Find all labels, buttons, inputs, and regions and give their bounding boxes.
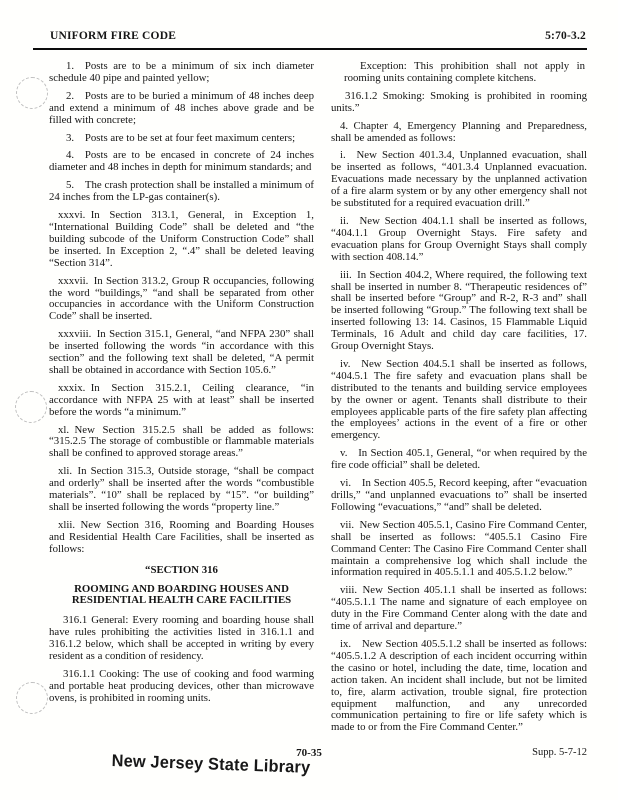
paragraph: viii. New Section 405.1.1 shall be inser… <box>331 585 587 633</box>
paragraph: “SECTION 316 <box>49 565 314 577</box>
footer-supplement: Supp. 5-7-12 <box>532 747 587 758</box>
paragraph: 316.1.2 Smoking: Smoking is prohibited i… <box>331 91 587 115</box>
paragraph: xxxviii. In Section 315.1, General, “and… <box>49 329 314 377</box>
paragraph: ROOMING AND BOARDING HOUSES AND RESIDENT… <box>49 584 314 608</box>
paragraph: 4. Chapter 4, Emergency Planning and Pre… <box>331 121 587 145</box>
hole-punch-middle <box>15 391 47 423</box>
paragraph: xlii. New Section 316, Rooming and Board… <box>49 520 314 556</box>
paragraph: 316.1 General: Every rooming and boardin… <box>49 615 314 663</box>
header-rule <box>33 48 587 50</box>
paragraph: Exception: This prohibition shall not ap… <box>344 61 585 85</box>
column-left: 1. Posts are to be a minimum of six inch… <box>49 61 314 740</box>
paragraph: vi. In Section 405.5, Record keeping, af… <box>331 478 587 514</box>
hole-punch-bottom <box>16 682 48 714</box>
paragraph: 5. The crash protection shall be install… <box>49 180 314 204</box>
document-page: UNIFORM FIRE CODE 5:70-3.2 1. Posts are … <box>0 0 618 800</box>
paragraph: xl. New Section 315.2.5 shall be added a… <box>49 425 314 461</box>
paragraph: vii. New Section 405.5.1, Casino Fire Co… <box>331 520 587 580</box>
header-title: UNIFORM FIRE CODE <box>50 30 176 42</box>
page-header: UNIFORM FIRE CODE 5:70-3.2 <box>50 30 586 42</box>
paragraph: ix. New Section 405.5.1.2 shall be inser… <box>331 639 587 734</box>
paragraph: xxxix. In Section 315.2.1, Ceiling clear… <box>49 383 314 419</box>
paragraph: xxxvii. In Section 313.2, Group R occupa… <box>49 276 314 324</box>
content-columns: 1. Posts are to be a minimum of six inch… <box>49 61 587 740</box>
paragraph: 2. Posts are to be buried a minimum of 4… <box>49 91 314 127</box>
hole-punch-top <box>16 77 48 109</box>
paragraph: ii. New Section 404.1.1 shall be inserte… <box>331 216 587 264</box>
paragraph: xxxvi. In Section 313.1, General, in Exc… <box>49 210 314 270</box>
column-right: Exception: This prohibition shall not ap… <box>331 61 587 740</box>
paragraph: iii. In Section 404.2, Where required, t… <box>331 270 587 353</box>
paragraph: iv. New Section 404.5.1 shall be inserte… <box>331 359 587 442</box>
paragraph: xli. In Section 315.3, Outside storage, … <box>49 466 314 514</box>
paragraph: 3. Posts are to be set at four feet maxi… <box>49 133 314 145</box>
paragraph: v. In Section 405.1, General, “or when r… <box>331 448 587 472</box>
paragraph: i. New Section 401.3.4, Unplanned evacua… <box>331 150 587 210</box>
paragraph: 1. Posts are to be a minimum of six inch… <box>49 61 314 85</box>
header-section-number: 5:70-3.2 <box>545 30 586 42</box>
paragraph: 4. Posts are to be encased in concrete o… <box>49 150 314 174</box>
footer-page-number: 70-35 <box>0 747 618 759</box>
paragraph: 316.1.1 Cooking: The use of cooking and … <box>49 669 314 705</box>
